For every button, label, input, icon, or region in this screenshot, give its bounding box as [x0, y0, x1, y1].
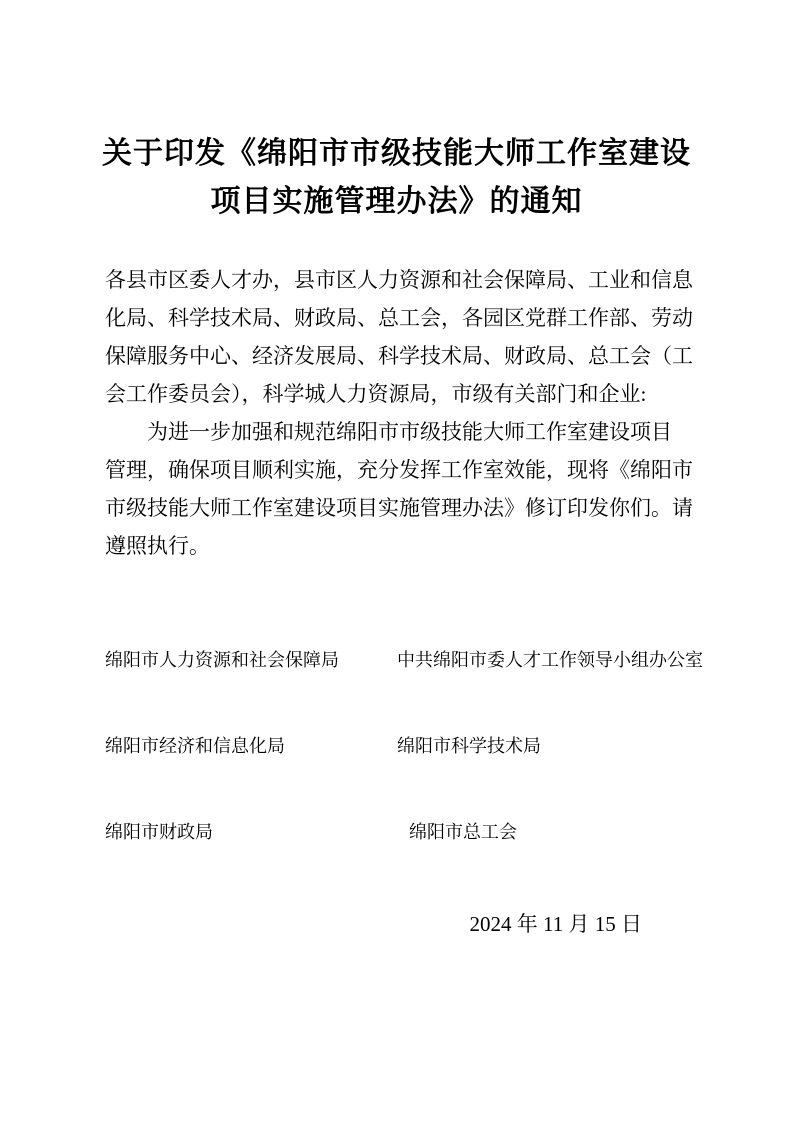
- body-paragraph1-line: 保障服务中心、经济发展局、科学技术局、财政局、总工会（工: [105, 337, 699, 375]
- signature-org-right: 绵阳市总工会: [409, 818, 517, 846]
- body-paragraph1-line: 化局、科学技术局、财政局、总工会，各园区党群工作部、劳动: [105, 299, 699, 337]
- title-line-2: 项目实施管理办法》的通知: [0, 178, 793, 226]
- body-paragraph1-line: 各县市区委人才办，县市区人力资源和社会保障局、工业和信息: [105, 261, 699, 299]
- signature-org-right: 中共绵阳市委人才工作领导小组办公室: [397, 646, 703, 674]
- signature-org-left: 绵阳市经济和信息化局: [105, 732, 285, 760]
- signature-row: 绵阳市人力资源和社会保障局 中共绵阳市委人才工作领导小组办公室: [0, 646, 793, 674]
- document-date: 2024 年 11 月 15 日: [105, 908, 699, 940]
- document-body: 各县市区委人才办，县市区人力资源和社会保障局、工业和信息 化局、科学技术局、财政…: [105, 261, 699, 565]
- body-paragraph2-line: 遵照执行。: [105, 527, 699, 565]
- signature-org-left: 绵阳市人力资源和社会保障局: [105, 646, 339, 674]
- document-page: 关于印发《绵阳市市级技能大师工作室建设 项目实施管理办法》的通知 各县市区委人才…: [0, 0, 793, 1122]
- body-paragraph2-line: 市级技能大师工作室建设项目实施管理办法》修订印发你们。请: [105, 489, 699, 527]
- signature-org-right: 绵阳市科学技术局: [397, 732, 541, 760]
- title-line-1: 关于印发《绵阳市市级技能大师工作室建设: [0, 130, 793, 178]
- body-paragraph2-line: 为进一步加强和规范绵阳市市级技能大师工作室建设项目: [105, 413, 699, 451]
- signature-row: 绵阳市财政局 绵阳市总工会: [0, 818, 793, 846]
- document-title: 关于印发《绵阳市市级技能大师工作室建设 项目实施管理办法》的通知: [0, 130, 793, 226]
- signature-org-left: 绵阳市财政局: [105, 818, 213, 846]
- body-paragraph2-line: 管理，确保项目顺利实施，充分发挥工作室效能，现将《绵阳市: [105, 451, 699, 489]
- body-paragraph1-line: 会工作委员会），科学城人力资源局，市级有关部门和企业:: [105, 375, 699, 413]
- signature-row: 绵阳市经济和信息化局 绵阳市科学技术局: [0, 732, 793, 760]
